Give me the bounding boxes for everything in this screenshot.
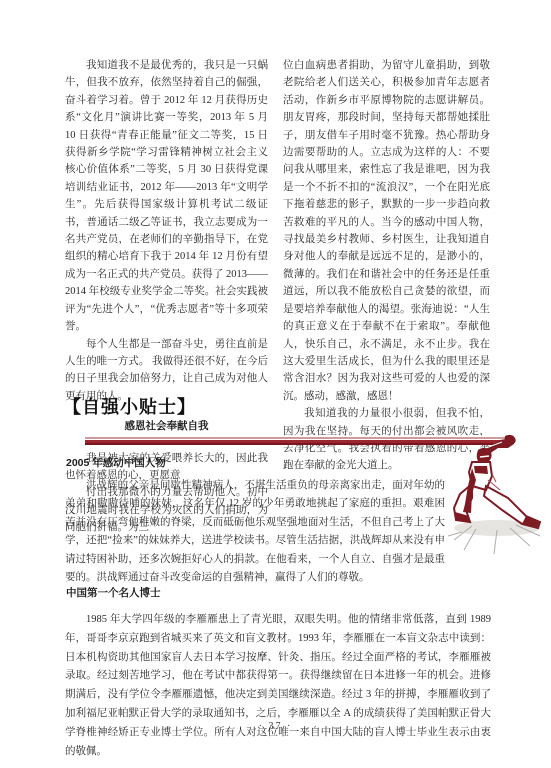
right-text-column: 位白血病患者捐助，为留守儿童捐助，到敬老院给老人们送关心，积极参加青年志愿者活动… (283, 57, 490, 475)
crouching-figure-illustration (442, 424, 547, 574)
section-title-self-improvement-tips: 【自强小贴士】 (63, 393, 196, 419)
figure-body (454, 435, 540, 528)
tip-heading-2005-moved-china: 2005 年感动中国人物 (66, 455, 166, 470)
tip-heading-first-blind-doctor: 中国第一个名人博士 (66, 585, 161, 600)
paragraph-volunteer: 位白血病患者捐助，为留守儿童捐助，到敬老院给老人们送关心，积极参加青年志愿者活动… (283, 57, 490, 405)
document-page: 我知道我不是最优秀的，我只是一只蜗牛，但我不放弃，依然坚持着自己的倔强，奋斗着学… (0, 0, 551, 768)
page-number: · 37 · (0, 721, 551, 732)
paragraph-achievements: 我知道我不是最优秀的，我只是一只蜗牛，但我不放弃，依然坚持着自己的倔强，奋斗着学… (65, 57, 268, 336)
tip-paragraph-hong-zhanhui: 洪战辉的父亲是间歇性精神病人，不堪生活重负的母亲离家出走，面对年幼的弟弟和嗷嗷待… (65, 477, 445, 587)
tip-paragraph-li-yanyan: 1985 年大学四年级的李雁雁患上了青光眼，双眼失明。他的情绪非常低落，直到 1… (65, 611, 491, 761)
subsection-heading-gratitude: 感恩社会奉献自我 (65, 418, 268, 435)
